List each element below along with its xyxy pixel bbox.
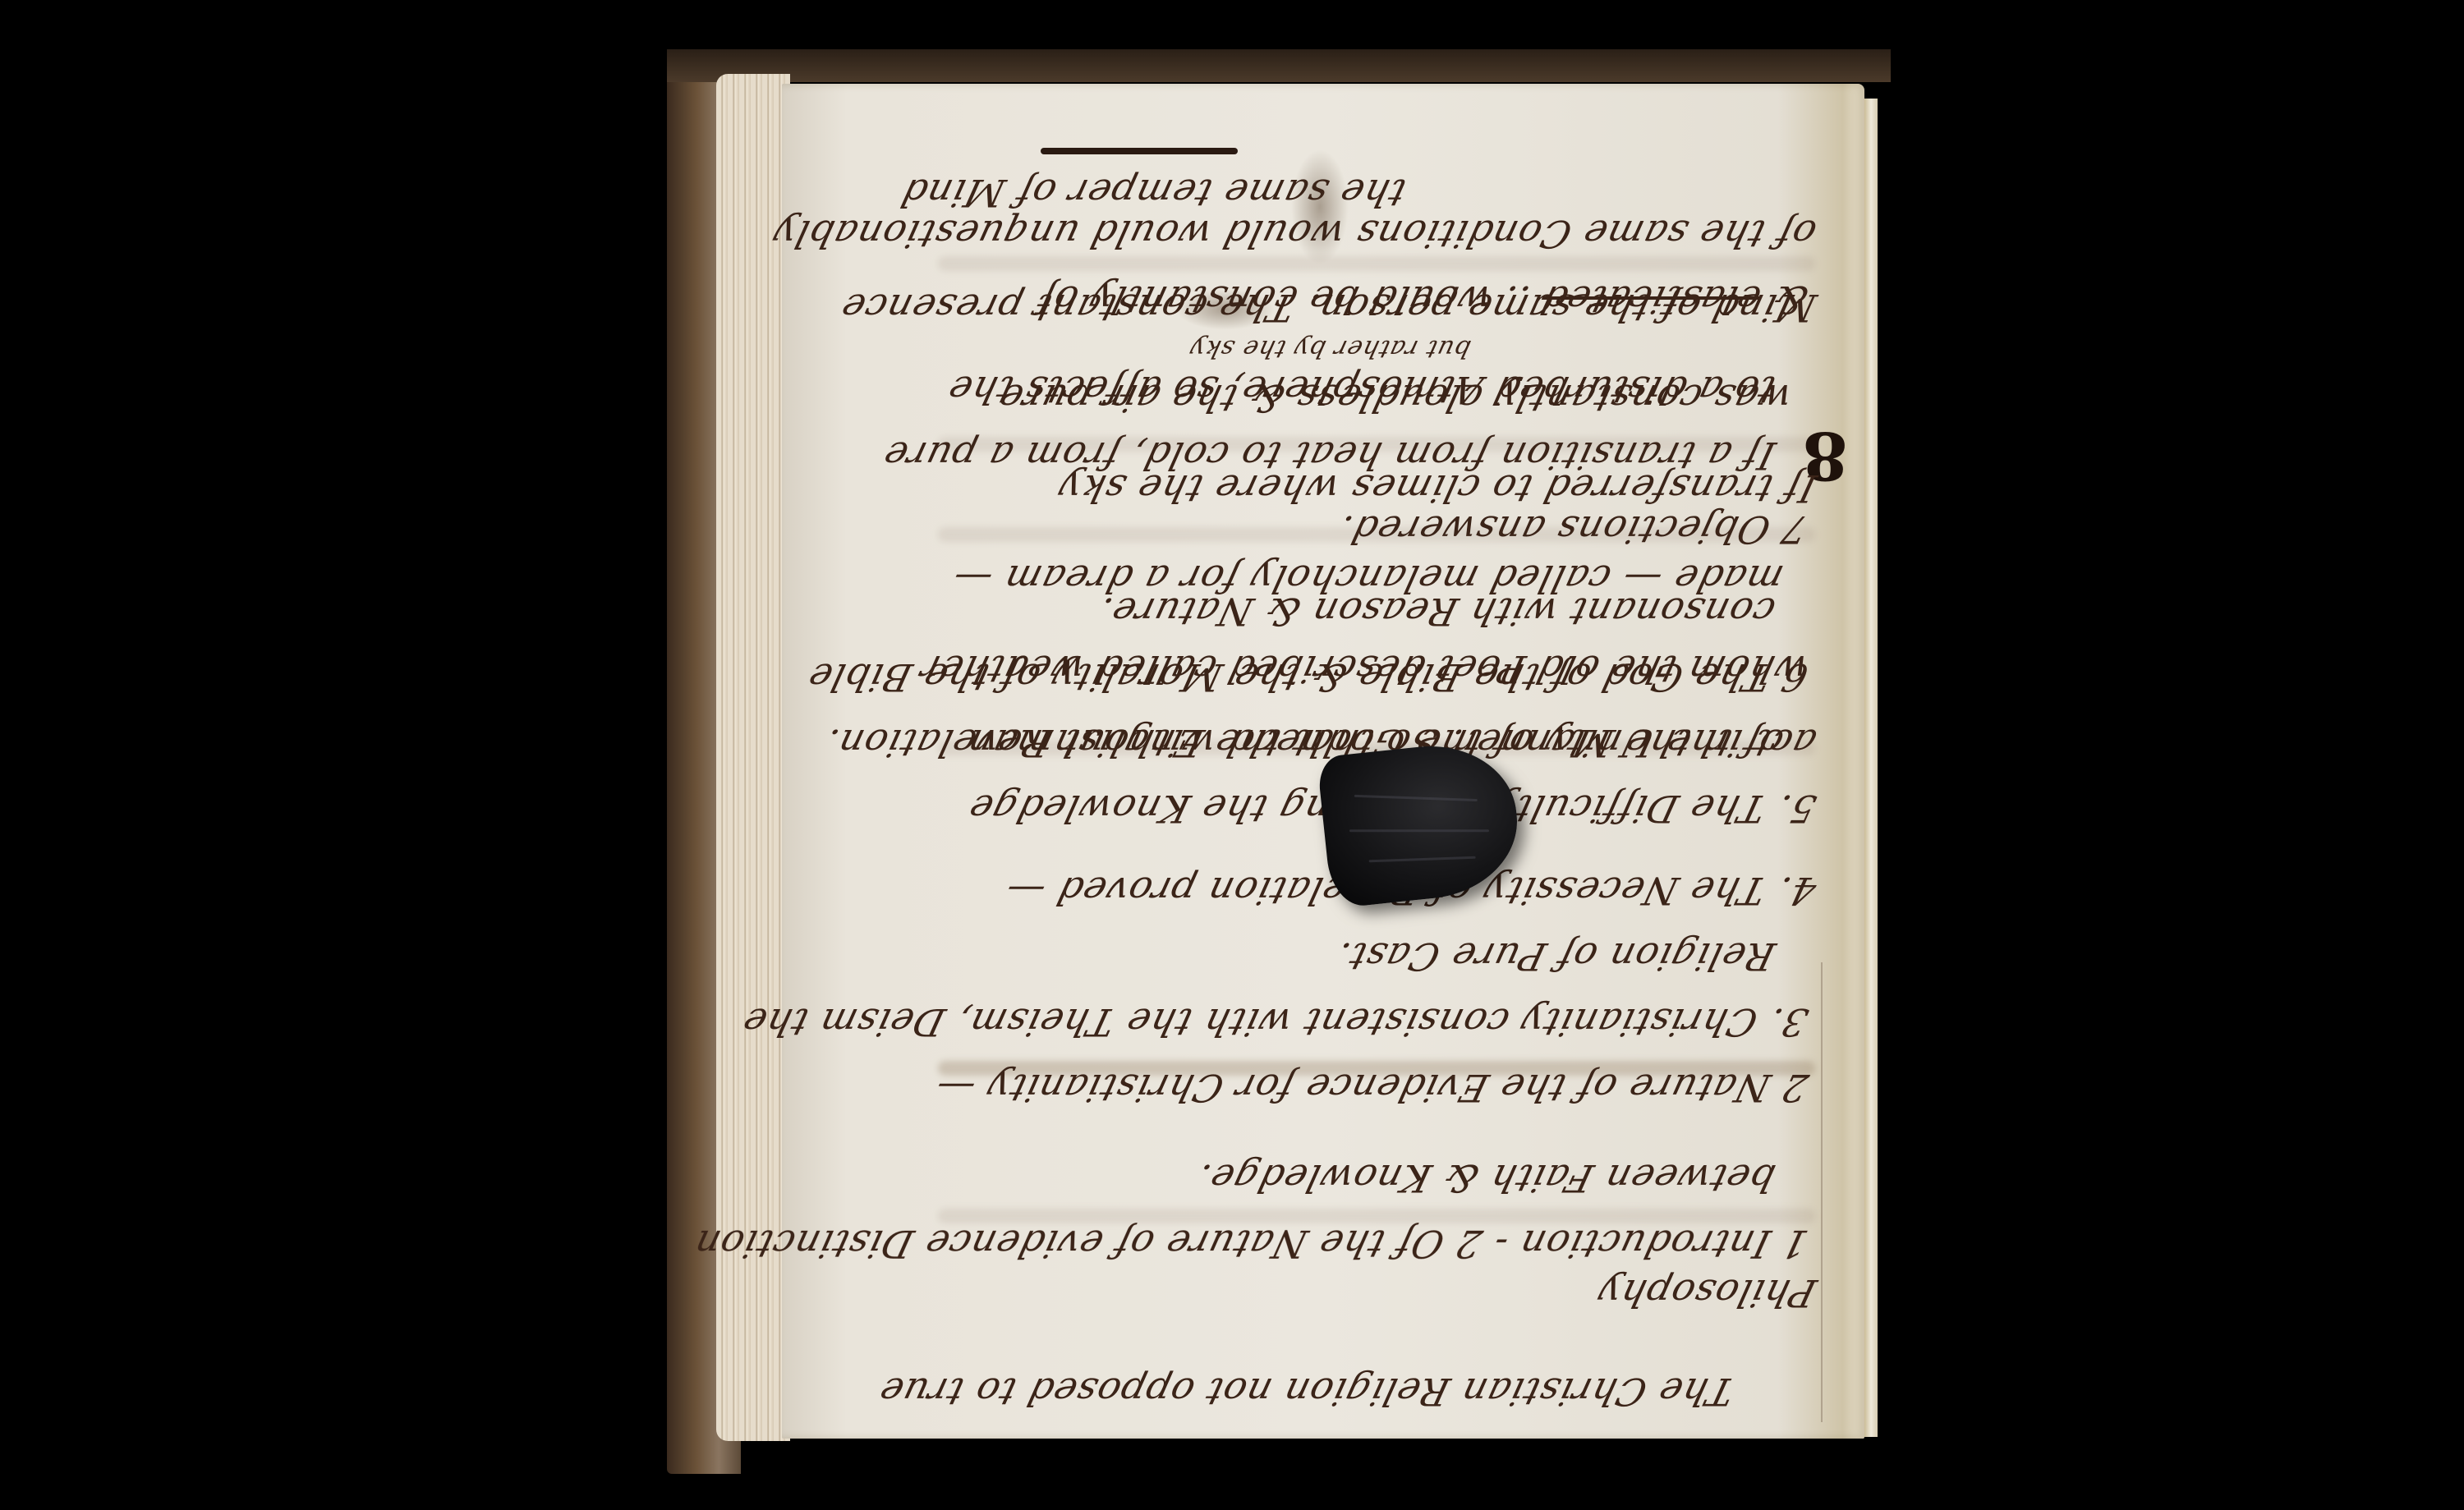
paragraph-line: was constantly cloudless & the air pure	[994, 376, 1796, 420]
glove-crease	[1354, 795, 1478, 801]
paragraph-line: the same temper of Mind	[896, 171, 1410, 215]
glove-crease	[1369, 856, 1476, 863]
book-cover-top	[667, 49, 1891, 82]
paragraph-line: & elasticated .. would be constantly of	[1033, 278, 1813, 322]
struck-word: elasticated	[1536, 278, 1765, 322]
paragraph-line: made — called melancholy for a dream —	[948, 557, 1788, 601]
closing-prefix: &	[1767, 278, 1812, 322]
handwritten-text-block-upper: act in the Manner. So that the Englishma…	[782, 84, 1864, 823]
manuscript-page-upper-text: act in the Manner. So that the Englishma…	[782, 84, 1864, 1439]
closing-suffix: .. would be constantly of	[1033, 278, 1534, 322]
paragraph-line: whom the old Poet described called weath…	[915, 647, 1813, 691]
manuscript-book: The Christian Religion not opposed to tr…	[667, 49, 1891, 1474]
page-edge-right	[1864, 99, 1878, 1437]
glove-crease	[1349, 829, 1489, 832]
closing-rule	[1041, 148, 1238, 154]
interlinear-note: but rather by the sky	[1186, 334, 1473, 363]
paragraph-line: If transferred to climes where the sky	[1053, 466, 1820, 511]
